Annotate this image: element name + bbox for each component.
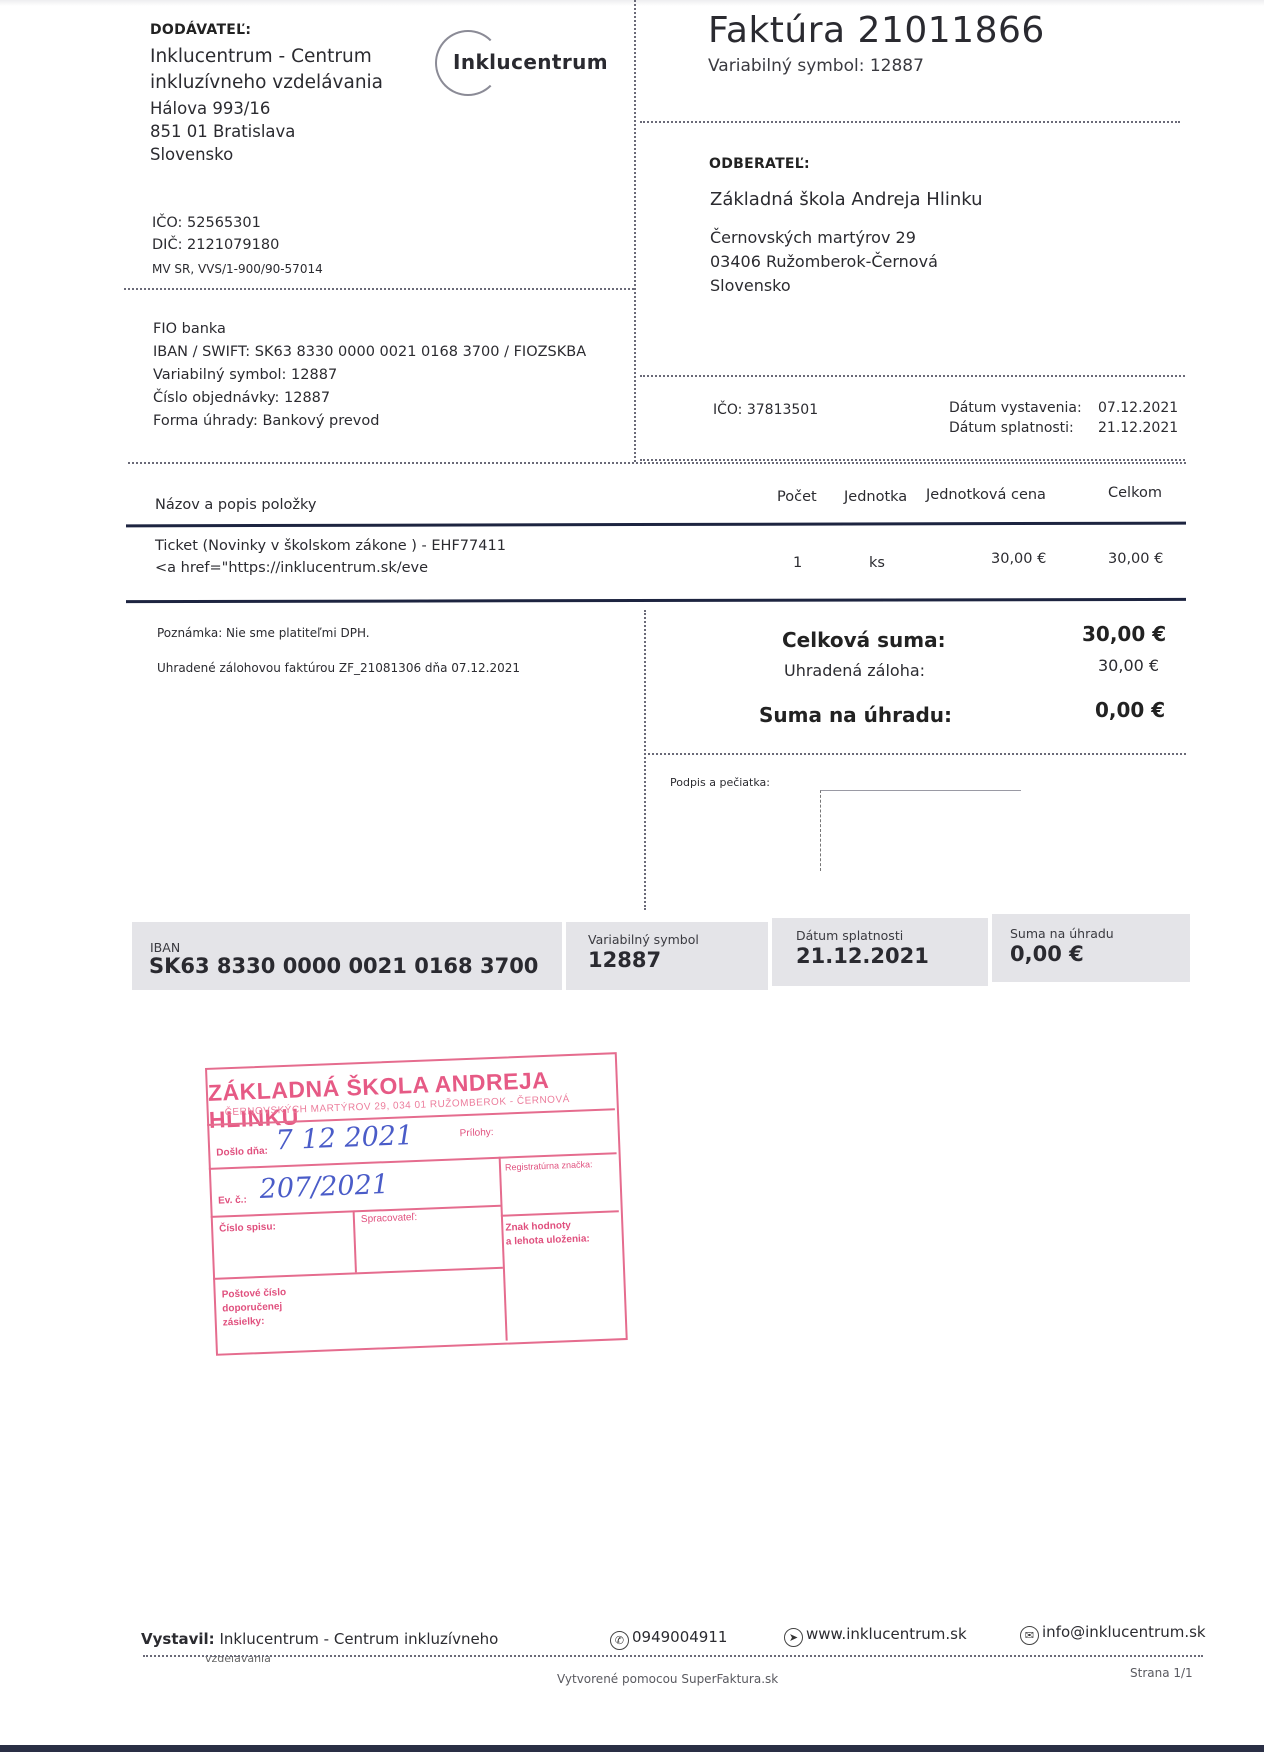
table-header-rule [126, 522, 1186, 528]
stamp-file-no-label: Číslo spisu: [219, 1221, 276, 1234]
phone-icon: ✆ [610, 1631, 629, 1650]
scan-bottom-edge [0, 1745, 1264, 1752]
invoice-variable-symbol: Variabilný symbol: 12887 [708, 56, 924, 76]
phone-number: 0949004911 [632, 1628, 727, 1646]
footer-email[interactable]: ✉info@inklucentrum.sk [1020, 1623, 1206, 1645]
strip-iban: IBAN SK63 8330 0000 0021 0168 3700 [132, 922, 562, 990]
vat-note: Poznámka: Nie sme platiteľmi DPH. [157, 626, 370, 640]
strip-amount-label: Suma na úhradu [1010, 926, 1114, 941]
supplier-city: 851 01 Bratislava [150, 120, 295, 144]
vertical-divider-top [634, 0, 636, 462]
total-label: Celková suma: [782, 628, 946, 652]
stamp-postal-label-3: zásielky: [223, 1316, 265, 1329]
supplier-country: Slovensko [150, 143, 233, 167]
customer-city: 03406 Ružomberok-Černová [710, 250, 938, 274]
due-date-value: 21.12.2021 [1098, 418, 1178, 438]
supplier-street: Hálova 993/16 [150, 97, 270, 121]
cursor-icon: ➤ [784, 1628, 803, 1647]
amount-due-label: Suma na úhradu: [759, 703, 952, 727]
bank-name: FIO banka [153, 318, 226, 342]
customer-street: Černovských martýrov 29 [710, 226, 916, 250]
table-footer-rule [126, 598, 1186, 603]
strip-vs: Variabilný symbol 12887 [566, 922, 768, 990]
item-description: <a href="https://inklucentrum.sk/eve [155, 560, 428, 576]
strip-due-label: Dátum splatnosti [796, 928, 903, 943]
deposit-note: Uhradené zálohovou faktúrou ZF_21081306 … [157, 661, 520, 675]
deposit-value: 30,00 € [1098, 656, 1159, 675]
due-date-label: Dátum splatnosti: [949, 418, 1074, 438]
signature-box [820, 790, 1021, 871]
item-qty: 1 [793, 555, 802, 571]
page-number: Strana 1/1 [1130, 1666, 1193, 1680]
issued-by-overflow: vzdelávania [205, 1656, 271, 1664]
stamp-received-value: 7 12 2021 [275, 1120, 414, 1156]
bank-variable-symbol: Variabilný symbol: 12887 [153, 364, 337, 388]
strip-vs-label: Variabilný symbol [588, 932, 699, 947]
col-header-name: Názov a popis položky [155, 497, 316, 513]
email-link: info@inklucentrum.sk [1042, 1623, 1206, 1641]
issue-date-value: 07.12.2021 [1098, 398, 1178, 418]
stamp-received-label: Došlo dňa: [216, 1146, 268, 1159]
customer-country: Slovensko [710, 274, 791, 298]
divider-totals [648, 753, 1186, 755]
divider-customer [640, 375, 1185, 377]
footer-phone[interactable]: ✆0949004911 [610, 1628, 727, 1650]
strip-iban-label: IBAN [150, 940, 180, 955]
customer-name: Základná škola Andreja Hlinku [710, 189, 983, 210]
col-header-unit: Jednotka [844, 489, 907, 505]
scan-edge [0, 0, 1264, 6]
divider-title [640, 121, 1180, 123]
bank-order-number: Číslo objednávky: 12887 [153, 387, 330, 411]
customer-heading: ODBERATEĽ: [709, 156, 810, 172]
item-unit-price: 30,00 € [991, 551, 1046, 567]
created-with: Vytvorené pomocou SuperFaktura.sk [557, 1672, 778, 1686]
issued-by-label: Vystavil: [141, 1630, 215, 1648]
stamp-attachments-label: Prílohy: [460, 1127, 494, 1139]
strip-due-date: Dátum splatnosti 21.12.2021 [772, 918, 988, 986]
stamp-postal-label-2: doporučenej [222, 1301, 282, 1314]
customer-ico: IČO: 37813501 [713, 402, 818, 418]
envelope-icon: ✉ [1020, 1626, 1039, 1645]
supplier-name-1: Inklucentrum - Centrum [150, 44, 372, 70]
col-header-total: Celkom [1108, 485, 1162, 501]
col-header-unit-price: Jednotková cena [926, 487, 1046, 503]
registry-stamp: ZÁKLADNÁ ŠKOLA ANDREJA HLINKU ČERNOVSKÝC… [205, 1052, 628, 1356]
issued-by-value: Inklucentrum - Centrum inkluzívneho [219, 1630, 498, 1648]
strip-iban-value: SK63 8330 0000 0021 0168 3700 [149, 954, 538, 978]
website-link: www.inklucentrum.sk [806, 1625, 967, 1643]
supplier-ico: IČO: 52565301 [152, 213, 261, 234]
company-logo: Inklucentrum [453, 50, 608, 74]
stamp-record-value: 207/2021 [259, 1169, 389, 1205]
signature-label: Podpis a pečiatka: [670, 776, 770, 789]
supplier-heading: DODÁVATEĽ: [150, 22, 251, 38]
item-name: Ticket (Novinky v školskom zákone ) - EH… [155, 538, 506, 554]
deposit-label: Uhradená záloha: [784, 661, 925, 680]
amount-due-value: 0,00 € [1095, 698, 1165, 722]
bank-payment-method: Forma úhrady: Bankový prevod [153, 410, 379, 434]
footer-divider [143, 1655, 1203, 1657]
strip-amount-value: 0,00 € [1010, 942, 1084, 966]
issued-by: Vystavil: Inklucentrum - Centrum inkluzí… [141, 1630, 498, 1648]
divider-header-end [128, 462, 1186, 464]
supplier-dic: DIČ: 2121079180 [152, 235, 279, 256]
strip-due-value: 21.12.2021 [796, 944, 929, 968]
stamp-record-label: Ev. č.: [218, 1194, 247, 1206]
col-header-qty: Počet [777, 489, 817, 505]
supplier-registration: MV SR, VVS/1-900/90-57014 [152, 262, 323, 276]
total-value: 30,00 € [1082, 622, 1166, 646]
strip-vs-value: 12887 [588, 948, 661, 972]
vertical-divider-bottom [644, 610, 646, 910]
item-unit: ks [869, 555, 885, 571]
supplier-name-2: inkluzívneho vzdelávania [150, 70, 383, 96]
item-total: 30,00 € [1108, 551, 1163, 567]
footer-web[interactable]: ➤www.inklucentrum.sk [784, 1625, 967, 1647]
issue-date-label: Dátum vystavenia: [949, 398, 1082, 418]
stamp-handler-label: Spracovateľ: [361, 1212, 418, 1225]
invoice-title: Faktúra 21011866 [708, 10, 1045, 51]
strip-amount: Suma na úhradu 0,00 € [992, 914, 1190, 982]
bank-iban-swift: IBAN / SWIFT: SK63 8330 0000 0021 0168 3… [153, 341, 586, 365]
divider-dates [640, 459, 1185, 461]
divider-supplier [124, 288, 634, 290]
